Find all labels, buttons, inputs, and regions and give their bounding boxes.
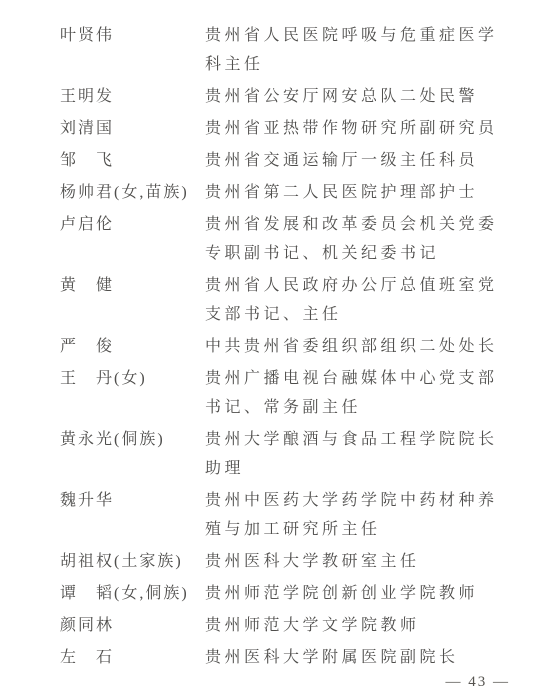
title-line: 贵州师范大学文学院教师: [205, 611, 550, 640]
title-line: 贵州中医药大学药学院中药材种养: [205, 486, 550, 515]
title-line: 中共贵州省委组织部组织二处处长: [205, 332, 550, 361]
title-line: 专职副书记、机关纪委书记: [205, 239, 550, 268]
list-item: 严 俊 中共贵州省委组织部组织二处处长: [0, 332, 550, 361]
person-name: 卢启伦: [60, 210, 205, 239]
list-item: 胡祖权(土家族) 贵州医科大学教研室主任: [0, 547, 550, 576]
person-title: 贵州中医药大学药学院中药材种养殖与加工研究所主任: [205, 486, 550, 544]
person-name: 严 俊: [60, 332, 205, 361]
list-item: 黄 健 贵州省人民政府办公厅总值班室党支部书记、主任: [0, 271, 550, 329]
person-name: 谭 韬(女,侗族): [60, 579, 205, 608]
person-title: 贵州省第二人民医院护理部护士: [205, 178, 550, 207]
list-item: 王明发 贵州省公安厅网安总队二处民警: [0, 82, 550, 111]
title-line: 贵州广播电视台融媒体中心党支部: [205, 364, 550, 393]
list-item: 杨帅君(女,苗族) 贵州省第二人民医院护理部护士: [0, 178, 550, 207]
title-line: 书记、常务副主任: [205, 393, 550, 422]
person-title: 贵州医科大学教研室主任: [205, 547, 550, 576]
list-item: 王 丹(女) 贵州广播电视台融媒体中心党支部书记、常务副主任: [0, 364, 550, 422]
title-line: 科主任: [205, 50, 550, 79]
person-name: 叶贤伟: [60, 21, 205, 50]
person-title: 贵州省公安厅网安总队二处民警: [205, 82, 550, 111]
person-name: 颜同林: [60, 611, 205, 640]
person-name: 王明发: [60, 82, 205, 111]
title-line: 贵州省亚热带作物研究所副研究员: [205, 114, 550, 143]
title-line: 贵州省交通运输厅一级主任科员: [205, 146, 550, 175]
list-item: 左 石 贵州医科大学附属医院副院长: [0, 643, 550, 672]
title-line: 贵州省发展和改革委员会机关党委: [205, 210, 550, 239]
person-name: 邹 飞: [60, 146, 205, 175]
page-number: — 43 —: [446, 674, 511, 691]
title-line: 贵州师范学院创新创业学院教师: [205, 579, 550, 608]
person-name: 黄永光(侗族): [60, 425, 205, 454]
person-title: 贵州省人民医院呼吸与危重症医学科主任: [205, 21, 550, 79]
honor-roll-list: 叶贤伟 贵州省人民医院呼吸与危重症医学科主任 王明发 贵州省公安厅网安总队二处民…: [0, 21, 550, 672]
person-name: 刘清国: [60, 114, 205, 143]
title-line: 贵州医科大学教研室主任: [205, 547, 550, 576]
person-title: 贵州医科大学附属医院副院长: [205, 643, 550, 672]
list-item: 魏升华 贵州中医药大学药学院中药材种养殖与加工研究所主任: [0, 486, 550, 544]
title-line: 助理: [205, 454, 550, 483]
list-item: 叶贤伟 贵州省人民医院呼吸与危重症医学科主任: [0, 21, 550, 79]
list-item: 黄永光(侗族) 贵州大学酿酒与食品工程学院院长助理: [0, 425, 550, 483]
list-item: 卢启伦 贵州省发展和改革委员会机关党委专职副书记、机关纪委书记: [0, 210, 550, 268]
title-line: 支部书记、主任: [205, 300, 550, 329]
person-title: 贵州省交通运输厅一级主任科员: [205, 146, 550, 175]
list-item: 刘清国 贵州省亚热带作物研究所副研究员: [0, 114, 550, 143]
person-name: 左 石: [60, 643, 205, 672]
person-name: 王 丹(女): [60, 364, 205, 393]
person-name: 魏升华: [60, 486, 205, 515]
person-name: 胡祖权(土家族): [60, 547, 205, 576]
title-line: 贵州医科大学附属医院副院长: [205, 643, 550, 672]
document-page: 叶贤伟 贵州省人民医院呼吸与危重症医学科主任 王明发 贵州省公安厅网安总队二处民…: [0, 0, 550, 697]
list-item: 邹 飞 贵州省交通运输厅一级主任科员: [0, 146, 550, 175]
person-title: 贵州省亚热带作物研究所副研究员: [205, 114, 550, 143]
person-name: 黄 健: [60, 271, 205, 300]
title-line: 贵州省第二人民医院护理部护士: [205, 178, 550, 207]
person-title: 贵州师范学院创新创业学院教师: [205, 579, 550, 608]
title-line: 贵州省人民医院呼吸与危重症医学: [205, 21, 550, 50]
person-title: 贵州省人民政府办公厅总值班室党支部书记、主任: [205, 271, 550, 329]
person-title: 贵州省发展和改革委员会机关党委专职副书记、机关纪委书记: [205, 210, 550, 268]
person-name: 杨帅君(女,苗族): [60, 178, 205, 207]
title-line: 贵州省公安厅网安总队二处民警: [205, 82, 550, 111]
title-line: 贵州大学酿酒与食品工程学院院长: [205, 425, 550, 454]
person-title: 贵州广播电视台融媒体中心党支部书记、常务副主任: [205, 364, 550, 422]
list-item: 颜同林 贵州师范大学文学院教师: [0, 611, 550, 640]
person-title: 中共贵州省委组织部组织二处处长: [205, 332, 550, 361]
person-title: 贵州大学酿酒与食品工程学院院长助理: [205, 425, 550, 483]
list-item: 谭 韬(女,侗族) 贵州师范学院创新创业学院教师: [0, 579, 550, 608]
person-title: 贵州师范大学文学院教师: [205, 611, 550, 640]
title-line: 贵州省人民政府办公厅总值班室党: [205, 271, 550, 300]
title-line: 殖与加工研究所主任: [205, 515, 550, 544]
